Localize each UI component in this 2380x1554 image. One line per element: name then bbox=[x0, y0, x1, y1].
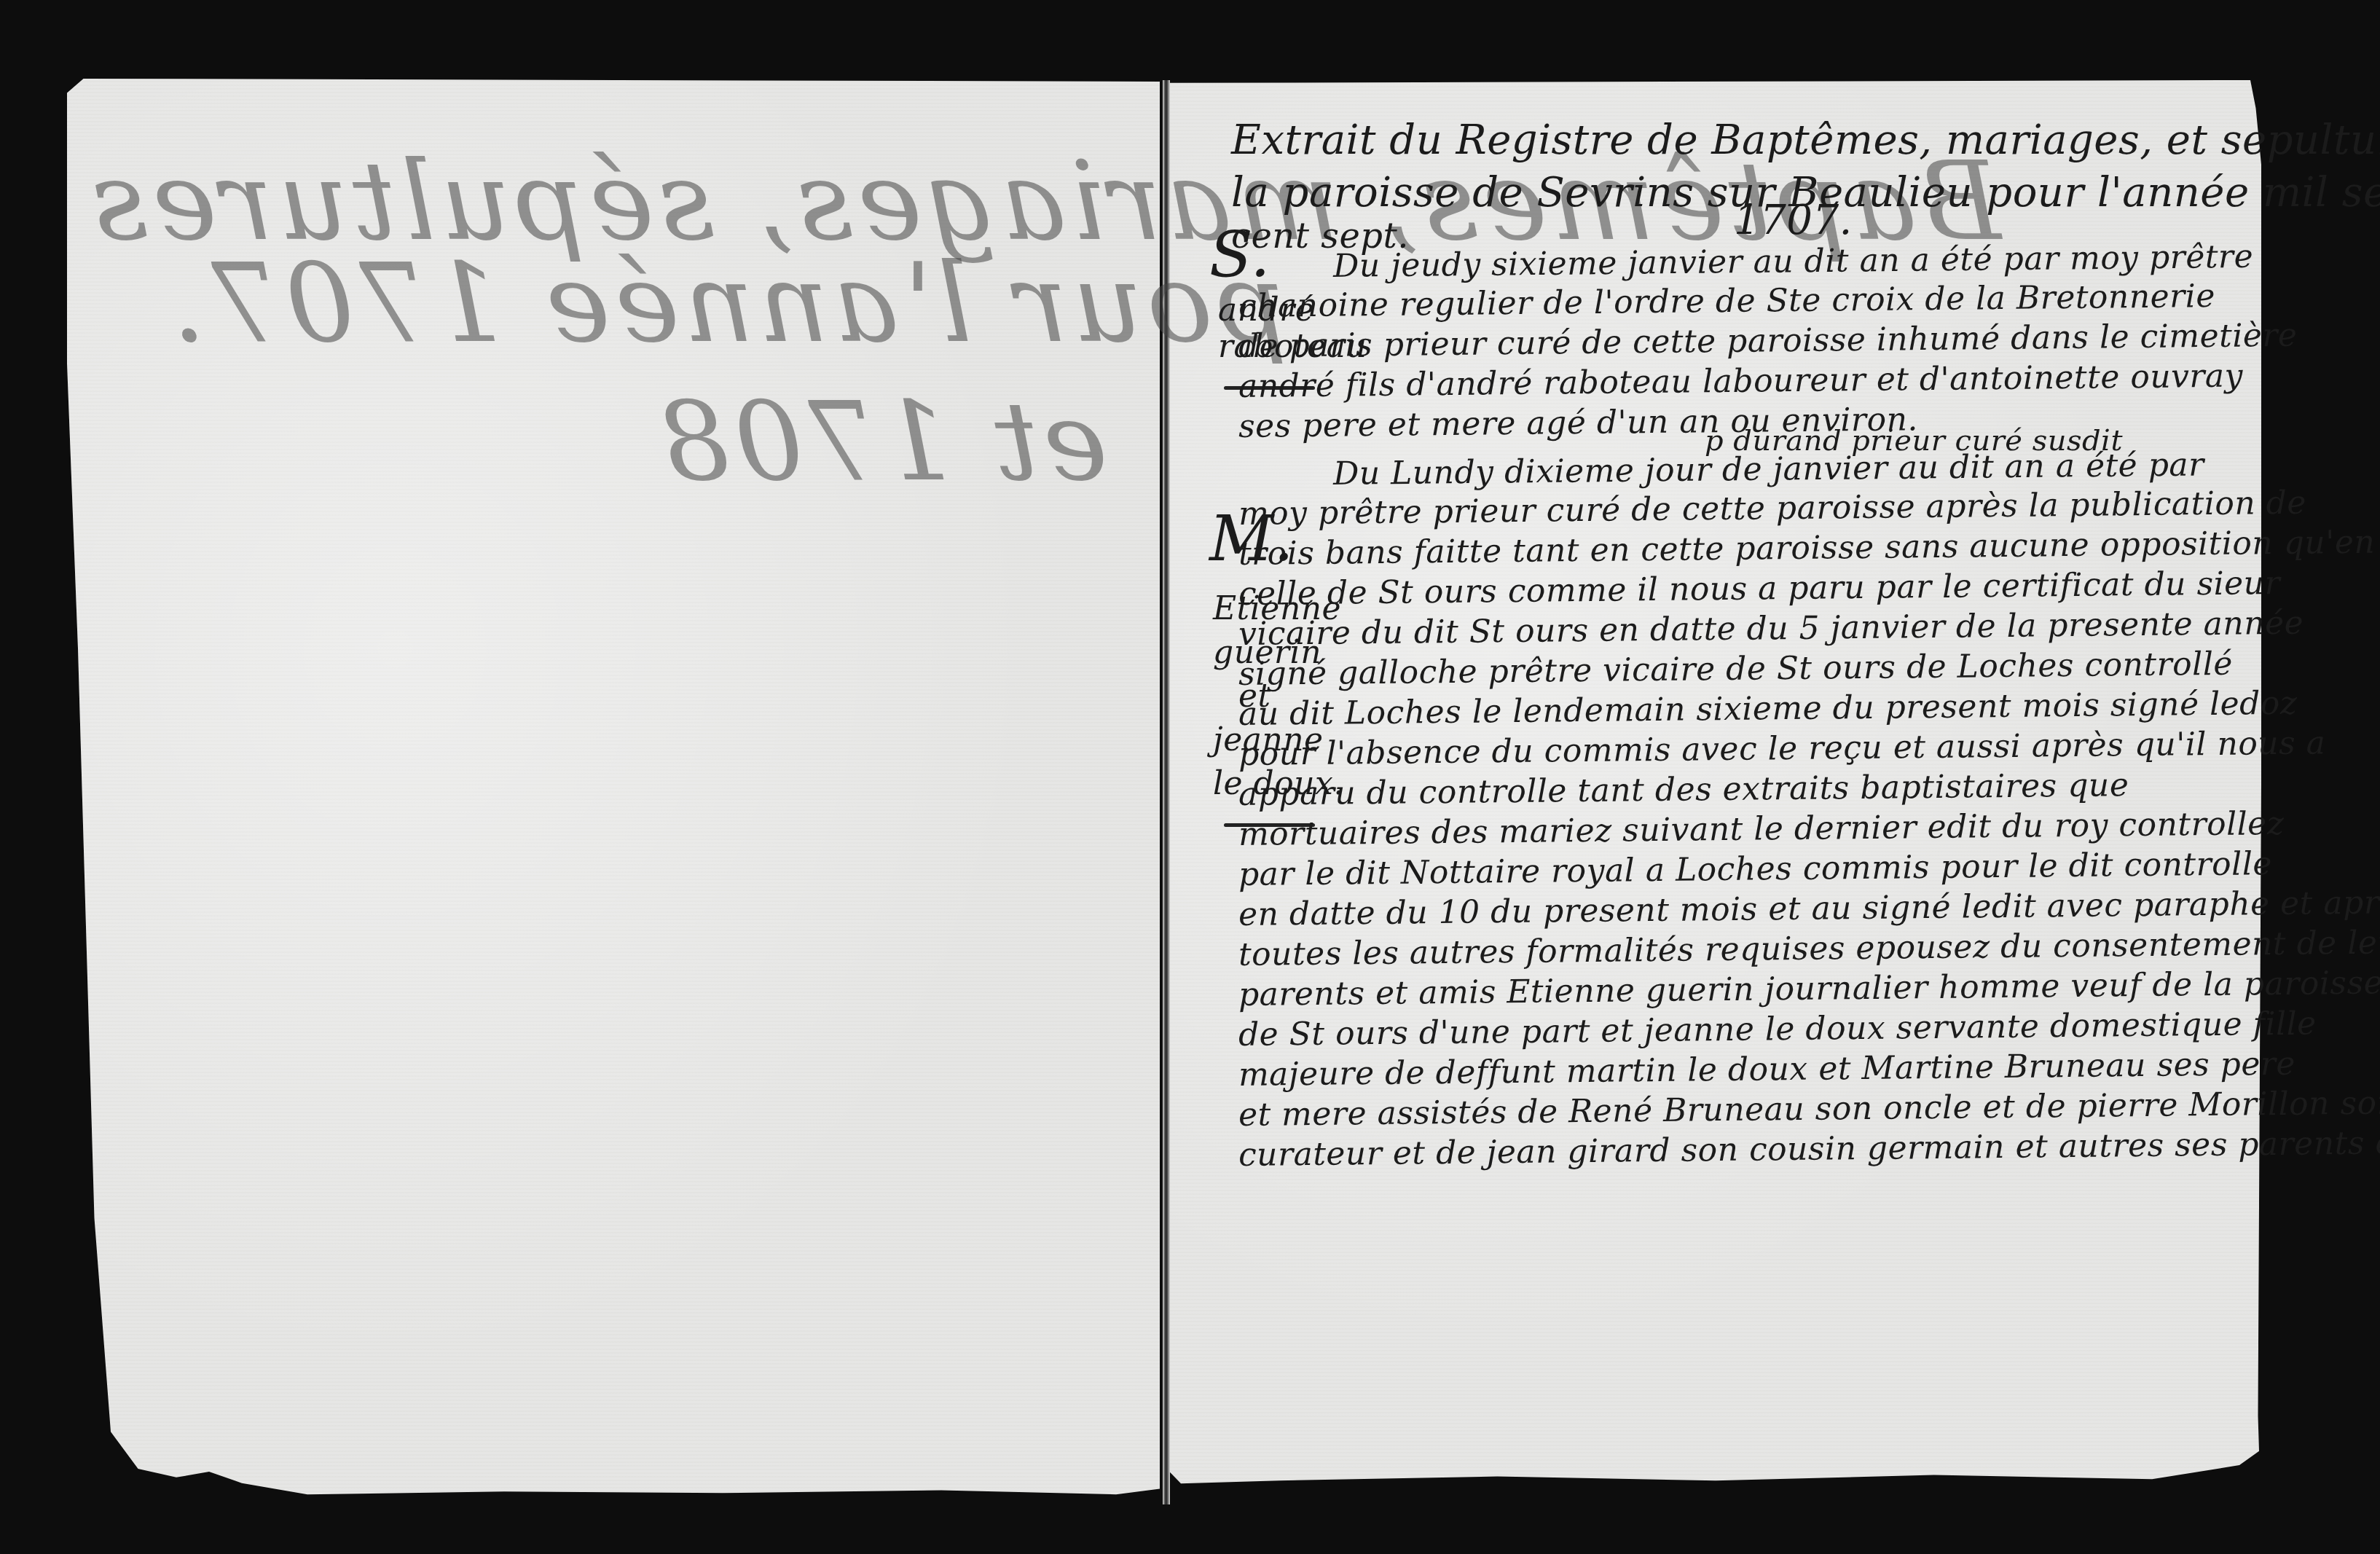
bleed-through-text: pour l'année 1707. bbox=[168, 240, 1287, 367]
margin-letter-s: S. bbox=[1209, 219, 1270, 291]
register-year: 1707. bbox=[1734, 197, 1853, 244]
register-title: Extrait du Registre de Baptêmes, mariage… bbox=[1231, 117, 2380, 164]
bleed-through-text: et 1708 bbox=[656, 379, 1107, 506]
